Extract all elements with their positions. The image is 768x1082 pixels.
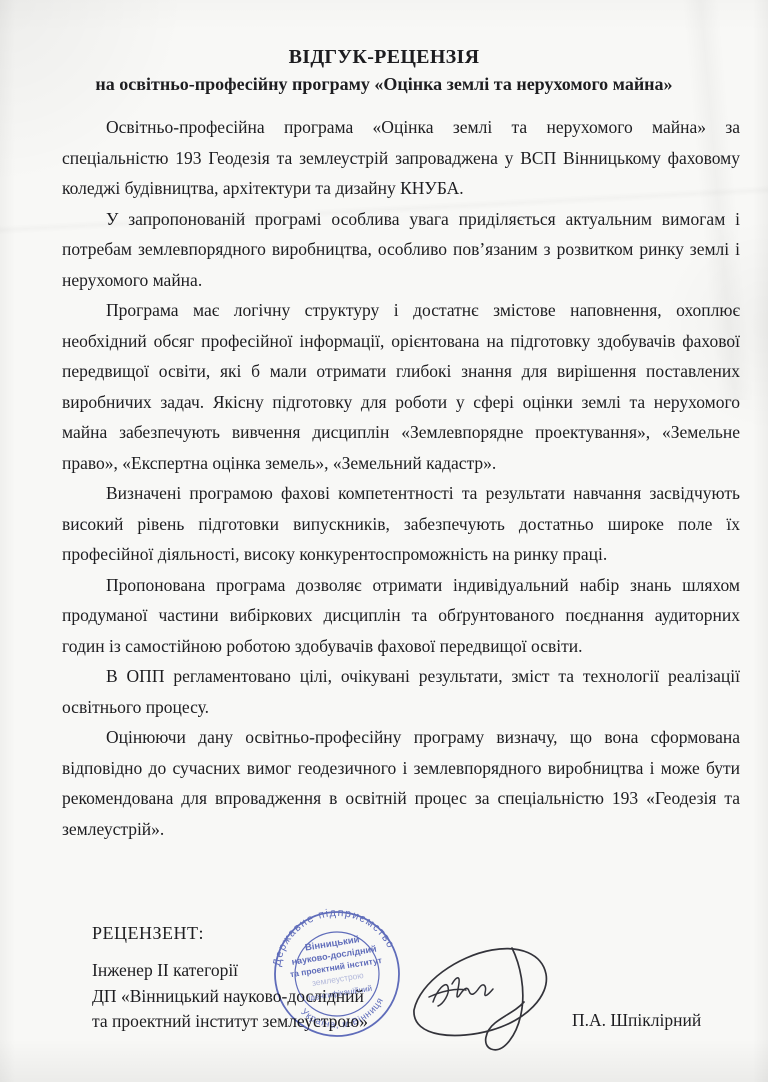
document-subtitle: на освітньо-професійну програму «Оцінка …	[0, 74, 768, 95]
document-body: Освітньо-професійна програма «Оцінка зем…	[62, 112, 740, 844]
paragraph-7: Оцінюючи дану освітньо-професійну програ…	[62, 722, 740, 844]
document-title: ВІДГУК-РЕЦЕНЗІЯ	[0, 46, 768, 69]
paragraph-6: В ОПП регламентовано цілі, очікувані рез…	[62, 661, 740, 722]
scanned-review-document: ВІДГУК-РЕЦЕНЗІЯ на освітньо-професійну п…	[0, 0, 768, 1082]
paragraph-2: У запропонованій програмі особлива увага…	[62, 204, 740, 296]
paragraph-5: Пропонована програма дозволяє отримати і…	[62, 570, 740, 662]
paragraph-1: Освітньо-професійна програма «Оцінка зем…	[62, 112, 740, 204]
signer-name: П.А. Шпіклірний	[572, 1010, 701, 1031]
paragraph-3: Програма має логічну структуру і достатн…	[62, 295, 740, 478]
reviewer-heading: РЕЦЕНЗЕНТ:	[92, 923, 204, 944]
paragraph-4: Визначені програмою фахові компетентност…	[62, 478, 740, 570]
official-round-stamp-icon: Державне підприємство Україна, м.Вінниця…	[271, 908, 403, 1040]
handwritten-signature	[400, 920, 580, 1060]
